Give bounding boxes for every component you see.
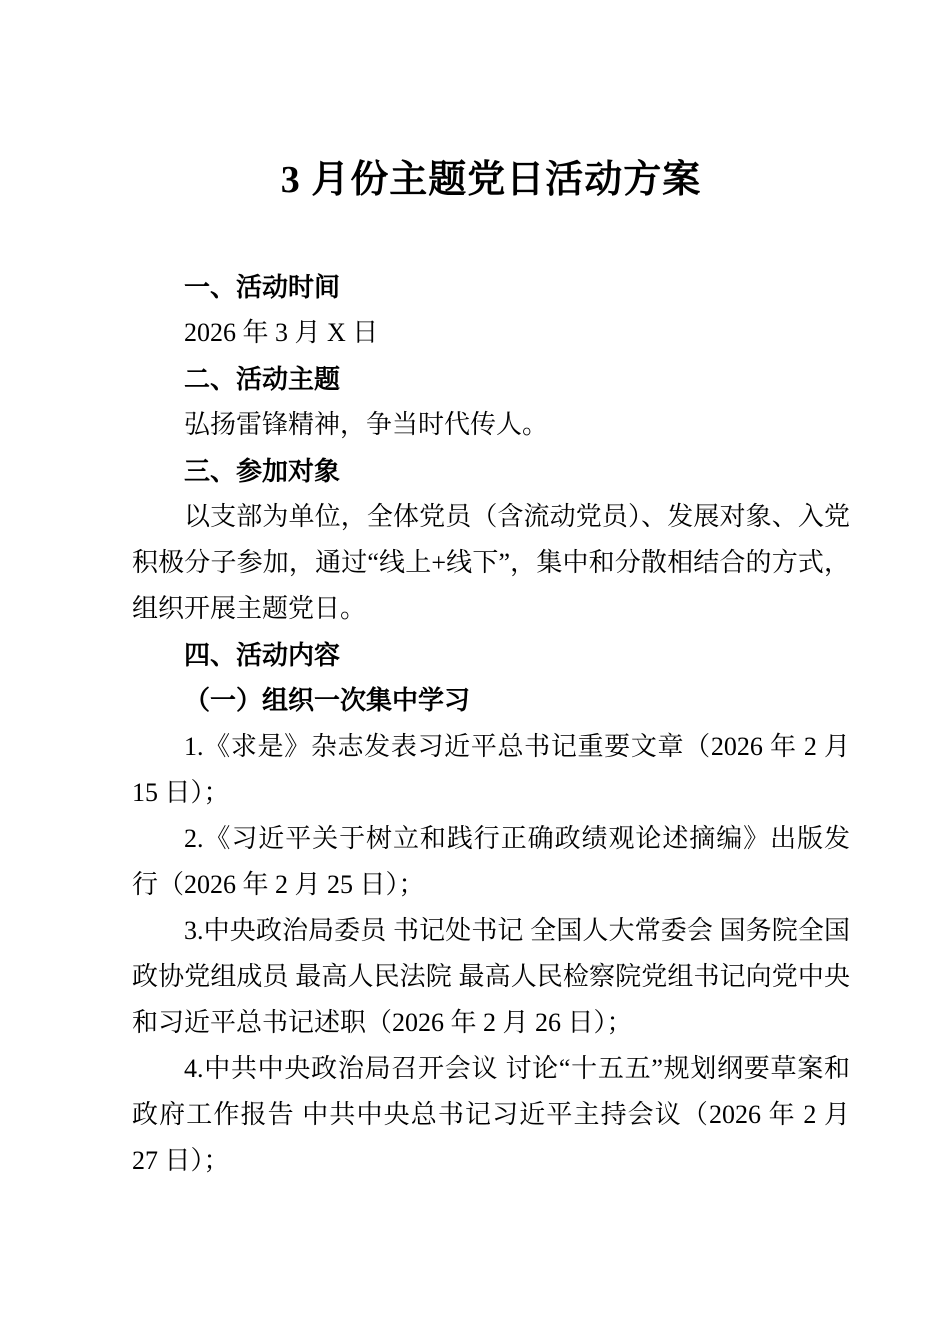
paragraph-study-item-3: 3.中央政治局委员 书记处书记 全国人大常委会 国务院全国政协党组成员 最高人民… [132, 908, 850, 1046]
section-heading-participants: 三、参加对象 [132, 448, 850, 494]
document-page: 3 月份主题党日活动方案 一、活动时间 2026 年 3 月 X 日 二、活动主… [0, 0, 950, 1344]
document-content: 3 月份主题党日活动方案 一、活动时间 2026 年 3 月 X 日 二、活动主… [132, 152, 850, 1184]
section-heading-activity-theme: 二、活动主题 [132, 356, 850, 402]
section-heading-activity-time: 一、活动时间 [132, 264, 850, 310]
paragraph-theme: 弘扬雷锋精神，争当时代传人。 [132, 402, 850, 448]
sub-heading-centralized-study: （一）组织一次集中学习 [132, 678, 850, 724]
document-title: 3 月份主题党日活动方案 [132, 152, 850, 208]
document-body: 一、活动时间 2026 年 3 月 X 日 二、活动主题 弘扬雷锋精神，争当时代… [132, 264, 850, 1184]
paragraph-participants: 以支部为单位，全体党员（含流动党员）、发展对象、入党积极分子参加，通过“线上+线… [132, 494, 850, 632]
paragraph-study-item-2: 2.《习近平关于树立和践行正确政绩观论述摘编》出版发行（2026 年 2 月 2… [132, 816, 850, 908]
paragraph-study-item-1: 1.《求是》杂志发表习近平总书记重要文章（2026 年 2 月 15 日）； [132, 724, 850, 816]
paragraph-study-item-4: 4.中共中央政治局召开会议 讨论“十五五”规划纲要草案和政府工作报告 中共中央总… [132, 1046, 850, 1184]
section-heading-activity-content: 四、活动内容 [132, 632, 850, 678]
paragraph-activity-date: 2026 年 3 月 X 日 [132, 310, 850, 356]
